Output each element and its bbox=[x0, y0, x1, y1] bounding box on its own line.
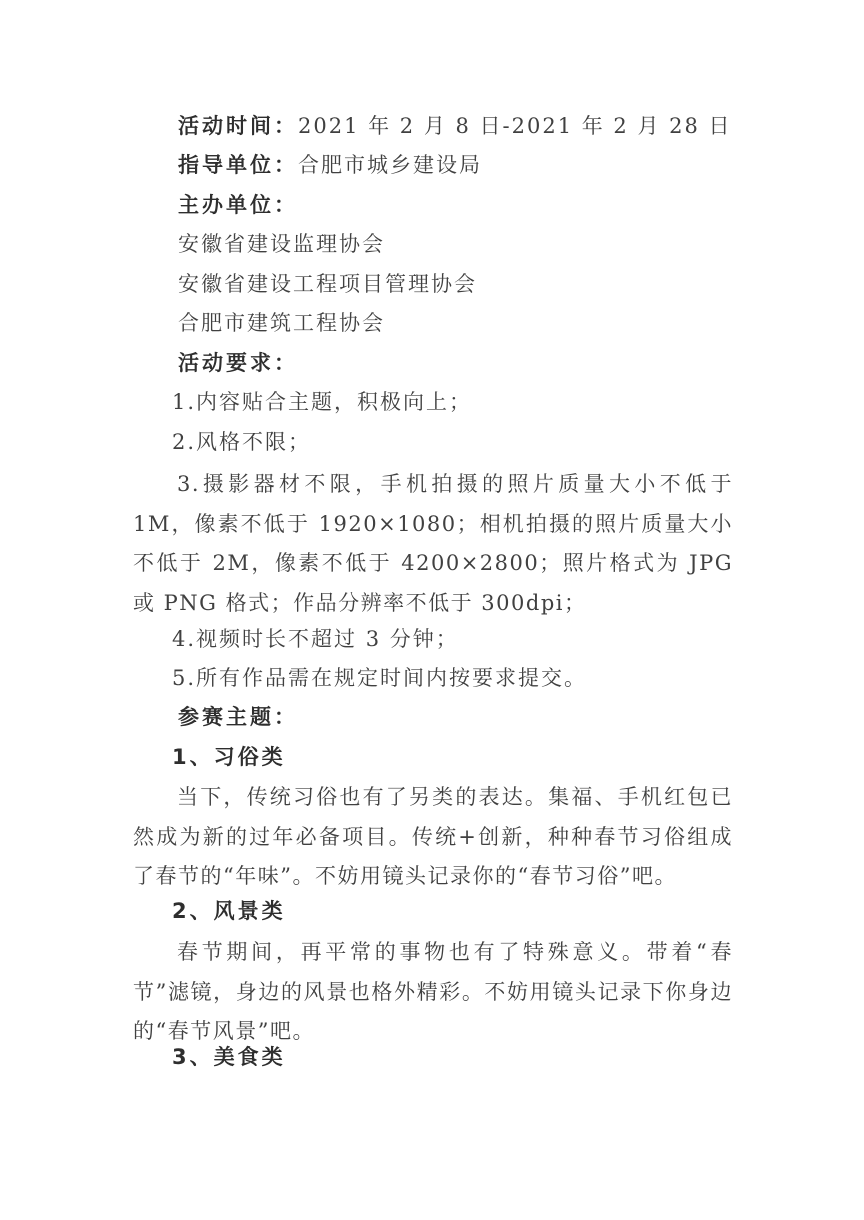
requirement-item-paragraph: 3.摄影器材不限，手机拍摄的照片质量大小不低于 1M，像素不低于 1920×10… bbox=[133, 465, 733, 623]
host-unit-item: 合肥市建筑工程协会 bbox=[178, 309, 385, 337]
activity-time-line: 活动时间：2021 年 2 月 8 日-2021 年 2 月 28 日 bbox=[178, 112, 732, 140]
theme-category-description: 春节期间，再平常的事物也有了特殊意义。带着“春节”滤镜，身边的风景也格外精彩。不… bbox=[133, 933, 733, 1052]
requirement-item: 2.风格不限； bbox=[172, 428, 311, 456]
theme-category-title: 1、习俗类 bbox=[172, 743, 286, 771]
theme-category-description: 当下，传统习俗也有了另类的表达。集福、手机红包已然成为新的过年必备项目。传统+创… bbox=[133, 778, 733, 897]
requirement-item: 4.视频时长不超过 3 分钟； bbox=[172, 625, 459, 653]
host-units-label: 主办单位： bbox=[178, 191, 298, 219]
guiding-unit-value: 合肥市城乡建设局 bbox=[298, 153, 482, 177]
requirements-label: 活动要求： bbox=[178, 349, 298, 377]
document-page: 活动时间：2021 年 2 月 8 日-2021 年 2 月 28 日 指导单位… bbox=[0, 0, 864, 1220]
host-unit-item: 安徽省建设工程项目管理协会 bbox=[178, 270, 477, 298]
theme-category-title: 3、美食类 bbox=[172, 1043, 286, 1071]
theme-category-title: 2、风景类 bbox=[172, 897, 286, 925]
themes-label: 参赛主题： bbox=[178, 703, 298, 731]
activity-time-label: 活动时间： bbox=[178, 114, 298, 138]
guiding-unit-label: 指导单位： bbox=[178, 153, 298, 177]
host-unit-item: 安徽省建设监理协会 bbox=[178, 230, 385, 258]
guiding-unit-line: 指导单位：合肥市城乡建设局 bbox=[178, 151, 482, 179]
requirement-item: 1.内容贴合主题，积极向上； bbox=[172, 388, 472, 416]
activity-time-value: 2021 年 2 月 8 日-2021 年 2 月 28 日 bbox=[298, 114, 732, 138]
requirement-item: 5.所有作品需在规定时间内按要求提交。 bbox=[172, 664, 587, 692]
